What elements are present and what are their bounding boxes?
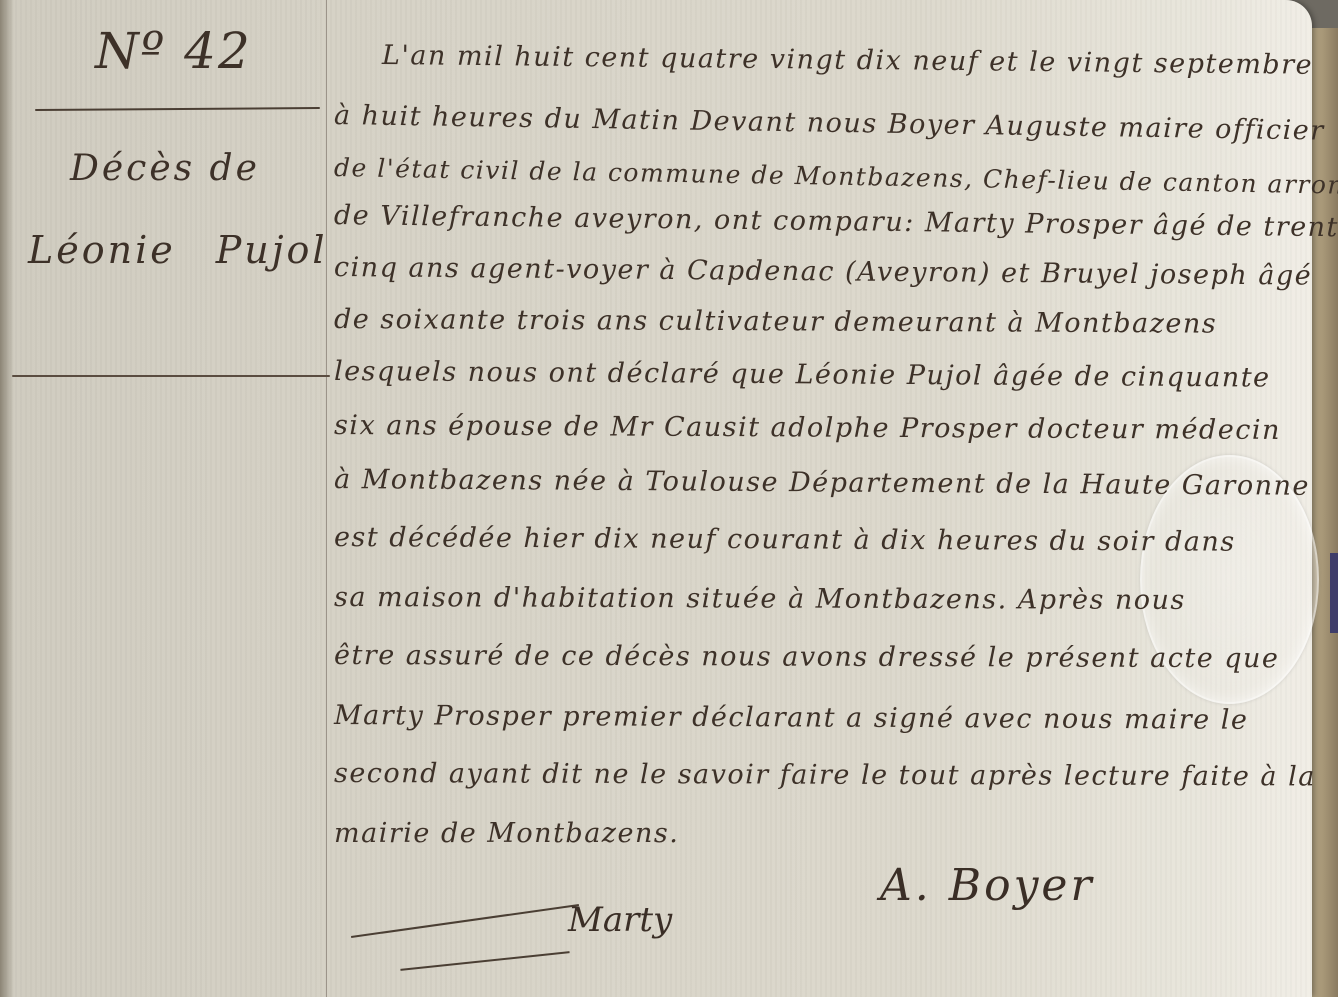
- text-line: à huit heures du Matin Devant nous Boyer…: [334, 100, 1325, 147]
- entry-number: Nº 42: [95, 22, 252, 80]
- divider-rule: [12, 375, 330, 377]
- text-line: cinq ans agent-voyer à Capdenac (Aveyron…: [334, 252, 1312, 292]
- signature-declarant: Marty: [568, 900, 672, 940]
- text-line: est décédée hier dix neuf courant à dix …: [334, 522, 1236, 558]
- text-line: de soixante trois ans cultivateur demeur…: [334, 304, 1217, 340]
- surname: Pujol: [216, 228, 328, 272]
- text-line: de l'état civil de la commune de Montbaz…: [334, 153, 1338, 202]
- text-line: six ans épouse de Mr Causit adolphe Pros…: [334, 410, 1281, 446]
- signature-mayor: A. Boyer: [880, 860, 1095, 911]
- text-line: être assuré de ce décès nous avons dress…: [334, 640, 1280, 674]
- text-line: sa maison d'habitation située à Montbaze…: [334, 582, 1186, 616]
- margin-rule: [326, 0, 327, 997]
- divider-rule: [35, 107, 320, 111]
- text-line: mairie de Montbazens.: [334, 818, 679, 849]
- text-line: lesquels nous ont déclaré que Léonie Puj…: [334, 356, 1271, 394]
- text-line: Marty Prosper premier déclarant a signé …: [334, 700, 1249, 736]
- deceased-name: LéoniePujol: [28, 228, 328, 272]
- signature-flourish: [351, 904, 579, 938]
- text-line: de Villefranche aveyron, ont comparu: Ma…: [334, 200, 1338, 243]
- signature-flourish: [400, 951, 569, 971]
- given-name: Léonie: [28, 228, 176, 272]
- register-page: Nº 42 Décès de LéoniePujol L'an mil huit…: [0, 0, 1312, 997]
- blue-stamp-mark: [1330, 553, 1338, 633]
- text-line: second ayant dit ne le savoir faire le t…: [334, 758, 1316, 792]
- margin-title: Décès de: [70, 148, 260, 189]
- text-line: L'an mil huit cent quatre vingt dix neuf…: [382, 40, 1313, 81]
- text-line: à Montbazens née à Toulouse Département …: [334, 464, 1310, 502]
